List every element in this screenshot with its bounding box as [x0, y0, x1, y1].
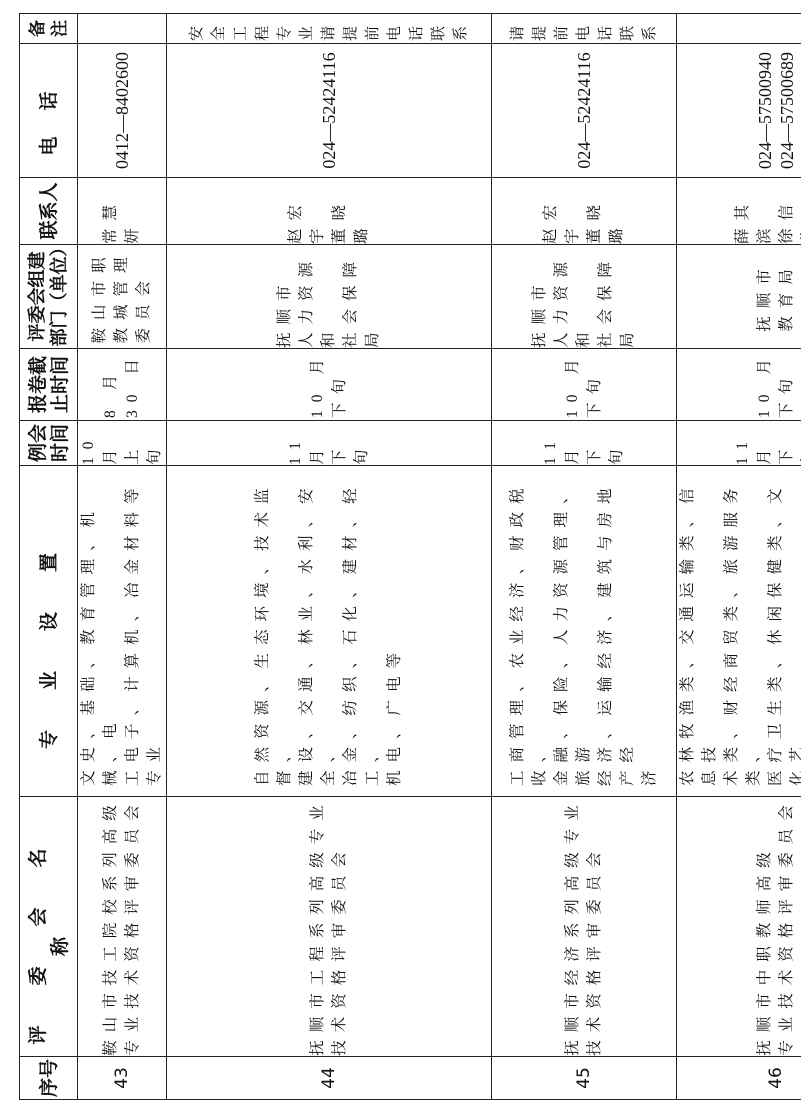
cell-phone-text: 024—52424116	[318, 52, 340, 168]
cell-remark: 请提前电话联系	[492, 14, 677, 44]
text-line: 工电子、计算机、冶金材料等专业	[122, 472, 166, 786]
text-line: 11 月	[540, 421, 584, 465]
cell-phone: 024—57500940024—57500689	[677, 44, 801, 178]
text-line: 常慧妍	[100, 178, 144, 244]
cell-contact: 赵宏宇董晓璐	[167, 178, 492, 245]
text-line: 技术资格评审委员会	[584, 797, 606, 1056]
text-line: 10 月	[307, 351, 329, 418]
cell-committee-name-text: 抚顺市工程系列高级专业技术资格评审委员会	[307, 797, 351, 1056]
cell-specialties-text: 自然资源、生态环境、技术监督、建设、交通、林业、水利、安全、冶金、纺织、石化、建…	[252, 472, 406, 786]
cell-meeting-time-text: 10 月上旬	[78, 421, 166, 465]
text-line: 30 日	[122, 351, 144, 418]
header-name: 评委会名称	[20, 797, 78, 1057]
cell-seq: 46	[677, 1057, 801, 1100]
text-line: 下旬	[329, 421, 373, 465]
cell-meeting-time: 11 月下旬	[677, 421, 801, 466]
cell-meeting-time-text: 11 月下旬	[540, 421, 628, 465]
cell-dept: 鞍山市职教城管理委员会	[78, 245, 167, 349]
text-line: 徐信莺	[776, 178, 801, 244]
cell-meeting-time-text: 11 月下旬	[285, 421, 373, 465]
header-dept-label: 评委会组建部门（单位）	[27, 247, 71, 347]
cell-remark: 安全工程专业请提前电话联系	[167, 14, 492, 44]
header-seq: 序号	[20, 1057, 78, 1100]
text-line: 下旬	[329, 351, 351, 418]
header-row: 序号 评委会名称 专业设置 例会时间 报卷截止时间 评委会组建部门（单位） 联系…	[20, 14, 78, 1100]
text-line: 医疗卫生类、休闲保健类、文化艺	[765, 472, 801, 786]
table-row: 45抚顺市经济系列高级专业技术资格评审委员会工商管理、农业经济、财政税收、金融、…	[492, 14, 677, 1100]
text-line: 024—57500940	[754, 52, 776, 169]
text-line: 10 月	[78, 421, 122, 465]
text-line: 技术资格评审委员会	[329, 797, 351, 1056]
text-line: 024—52424116	[573, 52, 595, 168]
cell-specialties: 工商管理、农业经济、财政税收、金融、保险、人力资源管理、旅游经济、运输经济、建筑…	[492, 466, 677, 797]
cell-specialties-text: 文史、基础、教育管理、机械、电工电子、计算机、冶金材料等专业	[78, 472, 166, 786]
text-line: 抚顺市工程系列高级专业	[307, 797, 329, 1056]
text-line: 赵宏宇	[285, 178, 329, 244]
cell-phone: 024—52424116	[492, 44, 677, 178]
header-dept: 评委会组建部门（单位）	[20, 245, 78, 349]
rotated-page: 序号 评委会名称 专业设置 例会时间 报卷截止时间 评委会组建部门（单位） 联系…	[19, 14, 780, 1100]
cell-committee-name: 抚顺市中职教师高级专业技术资格评审委员会	[677, 797, 801, 1057]
header-phone: 电话	[20, 44, 78, 178]
text-line: 鞍山市技工院校系列高级	[100, 797, 122, 1056]
cell-seq: 45	[492, 1057, 677, 1100]
text-line: 工商管理、农业经济、财政税收、	[507, 472, 551, 786]
cell-phone-text: 0412—8402600	[111, 52, 133, 169]
text-line: 冶金、纺织、石化、建材、轻工、	[340, 472, 384, 786]
cell-seq: 43	[78, 1057, 167, 1100]
cell-meeting-time: 11 月下旬	[492, 421, 677, 466]
header-meeting-time-label: 例会时间	[27, 423, 71, 463]
header-meeting-time: 例会时间	[20, 421, 78, 466]
cell-dept: 抚顺市教育局	[677, 245, 801, 349]
text-line: 董晓璐	[584, 178, 628, 244]
cell-deadline: 8 月30 日	[78, 349, 167, 421]
text-line: 建设、交通、林业、水利、安全、	[296, 472, 340, 786]
text-line: 024—52424116	[318, 52, 340, 168]
header-name-label: 评委会名称	[27, 809, 71, 1045]
text-line: 024—57500689	[776, 52, 798, 169]
review-committee-table: 序号 评委会名称 专业设置 例会时间 报卷截止时间 评委会组建部门（单位） 联系…	[19, 13, 801, 1100]
cell-deadline-text: 10 月下旬	[307, 351, 351, 418]
text-line: 术类、财经商贸类、旅游服务类、	[721, 472, 765, 786]
text-line: 人力资源和	[551, 245, 595, 348]
text-line: 10 月	[562, 351, 584, 418]
text-line: 抚顺市	[754, 261, 776, 332]
text-line: 薛其滨	[732, 178, 776, 244]
cell-phone-text: 024—52424116	[573, 52, 595, 168]
text-line: 下旬	[776, 351, 798, 418]
text-line: 抚顺市中职教师高级	[754, 797, 776, 1056]
header-phone-label: 电话	[38, 66, 60, 156]
cell-dept-text: 鞍山市职教城管理委员会	[89, 250, 155, 344]
cell-meeting-time: 10 月上旬	[78, 421, 167, 466]
text-line: 下旬	[584, 421, 628, 465]
cell-committee-name: 鞍山市技工院校系列高级专业技术资格评审委员会	[78, 797, 167, 1057]
text-line: 济	[639, 472, 661, 786]
cell-committee-name-text: 鞍山市技工院校系列高级专业技术资格评审委员会	[100, 797, 144, 1056]
cell-committee-name-text: 抚顺市经济系列高级专业技术资格评审委员会	[562, 797, 606, 1056]
text-line: 社会保障局	[340, 245, 384, 348]
table-row: 43鞍山市技工院校系列高级专业技术资格评审委员会文史、基础、教育管理、机械、电工…	[78, 14, 167, 1100]
cell-phone: 0412—8402600	[78, 44, 167, 178]
cell-deadline-text: 10 月下旬	[754, 351, 798, 418]
text-line: 10 月	[754, 351, 776, 418]
header-specialties-label: 专业设置	[38, 513, 60, 749]
text-line: 经济、运输经济、建筑与房地产经	[595, 472, 639, 786]
text-line: 8 月	[100, 351, 122, 418]
table-row: 44抚顺市工程系列高级专业技术资格评审委员会自然资源、生态环境、技术监督、建设、…	[167, 14, 492, 1100]
text-line: 教育局	[776, 261, 798, 332]
text-line: 人力资源和	[296, 245, 340, 348]
cell-contact-text: 赵宏宇董晓璐	[285, 178, 373, 244]
cell-contact: 薛其滨徐信莺	[677, 178, 801, 245]
text-line: 0412—8402600	[111, 52, 133, 169]
cell-remark	[78, 14, 167, 44]
text-line: 抚顺市	[274, 245, 296, 348]
text-line: 专业技术资格评审委员会	[122, 797, 144, 1056]
table-row: 46抚顺市中职教师高级专业技术资格评审委员会农林牧渔类、交通运输类、信息技术类、…	[677, 14, 801, 1100]
cell-contact: 常慧妍	[78, 178, 167, 245]
cell-contact-text: 赵宏宇董晓璐	[540, 178, 628, 244]
header-remark: 备注	[20, 14, 78, 44]
cell-committee-name-text: 抚顺市中职教师高级专业技术资格评审委员会	[754, 797, 798, 1056]
text-line: 下旬	[584, 351, 606, 418]
cell-dept-text: 抚顺市人力资源和社会保障局	[529, 245, 639, 348]
cell-dept: 抚顺市人力资源和社会保障局	[167, 245, 492, 349]
cell-phone-text: 024—57500940024—57500689	[754, 52, 798, 169]
cell-contact-text: 常慧妍	[100, 178, 144, 244]
text-line: 赵宏宇	[540, 178, 584, 244]
cell-committee-name: 抚顺市工程系列高级专业技术资格评审委员会	[167, 797, 492, 1057]
cell-deadline: 10 月下旬	[492, 349, 677, 421]
cell-deadline-text: 8 月30 日	[100, 351, 144, 418]
cell-meeting-time: 11 月下旬	[167, 421, 492, 466]
text-line: 抚顺市	[529, 245, 551, 348]
text-line: 机电、广电等	[384, 472, 406, 786]
cell-seq: 44	[167, 1057, 492, 1100]
cell-deadline-text: 10 月下旬	[562, 351, 606, 418]
cell-deadline: 10 月下旬	[677, 349, 801, 421]
text-line: 11 月	[285, 421, 329, 465]
cell-specialties: 文史、基础、教育管理、机械、电工电子、计算机、冶金材料等专业	[78, 466, 167, 797]
text-line: 上旬	[122, 421, 166, 465]
cell-meeting-time-text: 11 月下旬	[732, 421, 801, 465]
cell-specialties-text: 工商管理、农业经济、财政税收、金融、保险、人力资源管理、旅游经济、运输经济、建筑…	[507, 472, 661, 786]
cell-remark	[677, 14, 801, 44]
cell-specialties-text: 农林牧渔类、交通运输类、信息技术类、财经商贸类、旅游服务类、医疗卫生类、休闲保健…	[677, 472, 801, 786]
text-line: 抚顺市经济系列高级专业	[562, 797, 584, 1056]
text-line: 委员会	[133, 250, 155, 344]
text-line: 下旬	[776, 421, 801, 465]
cell-committee-name: 抚顺市经济系列高级专业技术资格评审委员会	[492, 797, 677, 1057]
cell-dept-text: 抚顺市人力资源和社会保障局	[274, 245, 384, 348]
header-specialties: 专业设置	[20, 466, 78, 797]
cell-dept: 抚顺市人力资源和社会保障局	[492, 245, 677, 349]
text-line: 农林牧渔类、交通运输类、信息技	[677, 472, 721, 786]
cell-phone: 024—52424116	[167, 44, 492, 178]
cell-contact: 赵宏宇董晓璐	[492, 178, 677, 245]
text-line: 文史、基础、教育管理、机械、电	[78, 472, 122, 786]
text-line: 专业技术资格评审委员会	[776, 797, 798, 1056]
text-line: 董晓璐	[329, 178, 373, 244]
cell-contact-text: 薛其滨徐信莺	[732, 178, 801, 244]
header-deadline-label: 报卷截止时间	[27, 352, 71, 418]
cell-specialties: 自然资源、生态环境、技术监督、建设、交通、林业、水利、安全、冶金、纺织、石化、建…	[167, 466, 492, 797]
header-contact: 联系人	[20, 178, 78, 245]
text-line: 鞍山市职	[89, 250, 111, 344]
header-deadline: 报卷截止时间	[20, 349, 78, 421]
cell-dept-text: 抚顺市教育局	[754, 261, 798, 332]
text-line: 金融、保险、人力资源管理、旅游	[551, 472, 595, 786]
text-line: 教城管理	[111, 250, 133, 344]
text-line: 社会保障局	[595, 245, 639, 348]
cell-specialties: 农林牧渔类、交通运输类、信息技术类、财经商贸类、旅游服务类、医疗卫生类、休闲保健…	[677, 466, 801, 797]
text-line: 自然资源、生态环境、技术监督、	[252, 472, 296, 786]
text-line: 11 月	[732, 421, 776, 465]
cell-deadline: 10 月下旬	[167, 349, 492, 421]
